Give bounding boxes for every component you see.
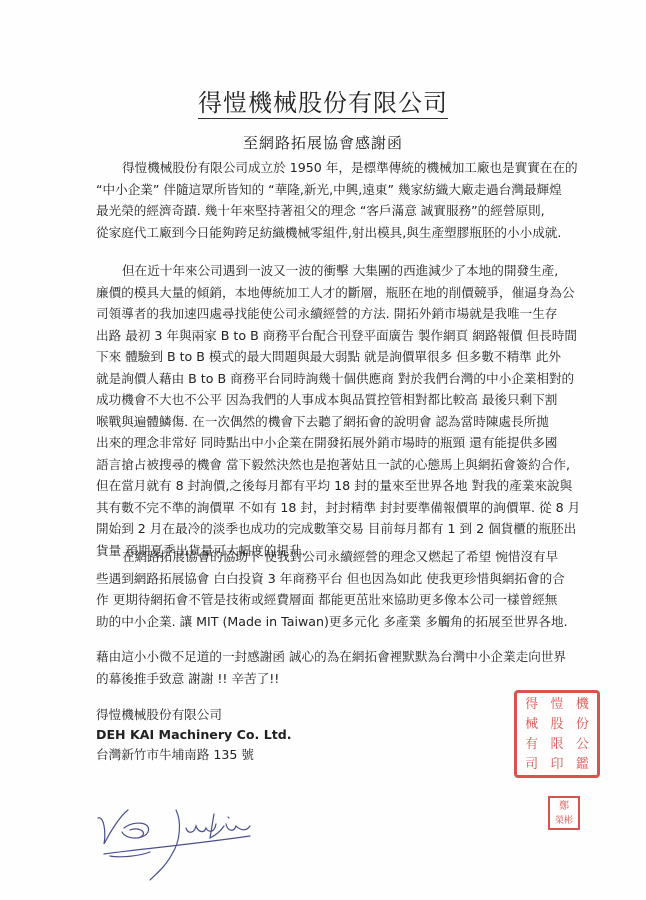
text-line: “中小企業” 伴隨這眾所皆知的 “華隆,新光,中興,遠東” 幾家紡織大廠走過台灣…	[96, 179, 566, 201]
paragraph-1: 得愷機械股份有限公司成立於 1950 年，是標準傳統的機械加工廠也是實實在在的 …	[96, 157, 566, 243]
seal-char-row: 榮彬	[550, 814, 578, 828]
paragraph-4: 藉由這小小微不足道的一封感謝函 誠心的為在網拓會裡默默為台灣中小企業走向世界 的…	[96, 646, 566, 689]
text-line: 就是詢價人藉由 B to B 商務平台同時詢幾十個供應商 對於我們台灣的中小企業…	[96, 368, 566, 390]
company-name-heading: 得愷機械股份有限公司	[198, 89, 448, 119]
seal-char: 限	[544, 735, 569, 755]
text-line: 出路 最初 3 年與兩家 B to B 商務平台配合刊登平面廣告 製作網頁 網路…	[96, 325, 566, 347]
seal-char: 鑑	[570, 755, 595, 775]
text-line: 得愷機械股份有限公司成立於 1950 年，是標準傳統的機械加工廠也是實實在在的	[96, 157, 566, 179]
text-line: 從家庭代工廠到今日能夠跨足紡織機械零組件,射出模具,與生產塑膠瓶胚的小小成就.	[96, 222, 566, 244]
text-line: 語言搶占被搜尋的機會 當下毅然決然也是抱著姑且一試的心態馬上與網拓會簽約合作,	[96, 454, 566, 476]
seal-char: 彬	[564, 816, 573, 826]
seal-char: 愷	[544, 695, 569, 715]
text-line: 司領導者的我加速四處尋找能使公司永續經營的方法. 開拓外銷市場就是我唯一生存	[96, 303, 566, 325]
text-line: 下來 體驗到 B to B 模式的最大問題與最大弱點 就是詢價單很多 但多數不精…	[96, 346, 566, 368]
text-line: 喉戰與遍體鱗傷. 在一次偶然的機會下去聽了網拓會的說明會 認為當時陳處長所拋	[96, 411, 566, 433]
seal-char: 司	[519, 755, 544, 775]
text-line: 出來的理念非常好 同時點出中小企業在開發拓展外銷市場時的瓶頸 還有能提供多國	[96, 432, 566, 454]
text-line: 在網路拓展協會的協助下 使我對公司永續經營的理念又燃起了希望 惋惜沒有早	[96, 546, 566, 568]
company-name-en: DEH KAI Machinery Co. Ltd.	[96, 725, 292, 745]
company-name-zh: 得愷機械股份有限公司	[96, 705, 292, 725]
text-line: 最光榮的經濟奇蹟. 幾十年來堅持著祖父的理念 “客戶滿意 誠實服務”的經營原則,	[96, 200, 566, 222]
seal-char: 份	[570, 715, 595, 735]
text-line: 些遇到網路拓展協會 白白投資 3 年商務平台 但也因為如此 使我更珍惜與網拓會的…	[96, 568, 566, 590]
seal-char: 機	[570, 695, 595, 715]
handwritten-signature	[90, 802, 260, 882]
seal-char: 榮	[555, 816, 564, 826]
closing-block: 得愷機械股份有限公司 DEH KAI Machinery Co. Ltd. 台灣…	[96, 705, 292, 765]
text-line: 作 更期待網拓會不管是技術或經費層面 都能更茁壯來協助更多像本公司一樣曾經無	[96, 589, 566, 611]
personal-seal-stamp: 鄭 榮彬	[548, 796, 580, 830]
seal-char: 印	[544, 755, 569, 775]
text-line: 成功機會不大也不公平 因為我們的人事成本與品質控管相對都比較高 最後只剩下割	[96, 389, 566, 411]
seal-char: 鄭	[550, 800, 578, 814]
seal-char: 械	[519, 715, 544, 735]
text-line: 廉價的模具大量的傾銷，本地傳統加工人才的斷層，瓶胚在地的削價競爭，催逼身為公	[96, 282, 566, 304]
text-line: 助的中小企業. 讓 MIT (Made in Taiwan)更多元化 多產業 多…	[96, 611, 566, 633]
text-line: 但在當月就有 8 封詢價,之後每月都有平均 18 封的量來至世界各地 對我的產業…	[96, 475, 566, 497]
seal-char: 公	[570, 735, 595, 755]
paragraph-2: 但在近十年來公司遇到一波又一波的衝擊 大集團的西進減少了本地的開發生產, 廉價的…	[96, 260, 566, 561]
text-line: 但在近十年來公司遇到一波又一波的衝擊 大集團的西進減少了本地的開發生產,	[96, 260, 566, 282]
letter-subtitle: 至網路拓展協會感謝函	[0, 133, 646, 153]
company-address: 台灣新竹市牛埔南路 135 號	[96, 745, 292, 765]
text-line: 開始到 2 月在最冷的淡季也成功的完成數筆交易 目前每月都有 1 到 2 個貨櫃…	[96, 518, 566, 540]
seal-char: 股	[544, 715, 569, 735]
seal-char: 得	[519, 695, 544, 715]
company-seal-stamp: 得 愷 機 械 股 份 有 限 公 司 印 鑑	[514, 690, 600, 778]
text-line: 的幕後推手致意 謝謝 !! 辛苦了!!	[96, 668, 566, 690]
text-line: 藉由這小小微不足道的一封感謝函 誠心的為在網拓會裡默默為台灣中小企業走向世界	[96, 646, 566, 668]
letter-title: 得愷機械股份有限公司	[0, 88, 646, 118]
seal-char: 有	[519, 735, 544, 755]
text-line: 其有數不完不準的詢價單 不如有 18 封，封封精準 封封要準備報價單的詢價單. …	[96, 497, 566, 519]
paragraph-3: 在網路拓展協會的協助下 使我對公司永續經營的理念又燃起了希望 惋惜沒有早 些遇到…	[96, 546, 566, 632]
